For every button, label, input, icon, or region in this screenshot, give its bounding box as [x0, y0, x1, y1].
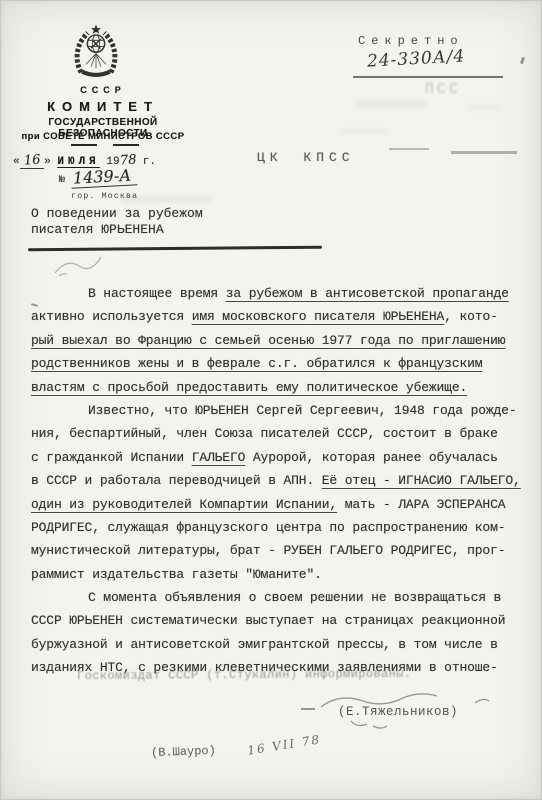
letterhead-org-line3: при СОВЕТЕ МИНИСТРОВ СССР	[7, 131, 199, 142]
body-line: активно используется имя московского пис…	[31, 305, 525, 328]
handwritten-date-note: 16 VII 78	[246, 732, 322, 757]
body-line: один из руководителей Компартии Испании,…	[31, 493, 525, 516]
letterhead-divider-dash	[71, 144, 97, 146]
document-number-line: № 1439-А	[59, 167, 137, 187]
scan-artifact	[389, 148, 429, 150]
scan-artifact	[341, 129, 387, 134]
body-line: РОДРИГЕС, служащая французского центра п…	[31, 516, 525, 539]
scan-artifact	[121, 197, 211, 202]
body-line: властям с просьбой предоставить ему поли…	[31, 376, 525, 399]
letterhead-committee: КОМИТЕТ	[7, 99, 199, 114]
body-line: в СССР и работала переводчицей в АПН. Её…	[31, 469, 525, 492]
body-line: мунистической литературы, брат - РУБЕН Г…	[31, 539, 525, 562]
scanned-document-page: СССР КОМИТЕТ ГОСУДАРСТВЕННОЙ БЕЗОПАСНОСТ…	[0, 0, 542, 800]
scan-artifact	[469, 105, 501, 110]
quote-close: »	[44, 156, 51, 168]
body-line: В настоящее время за рубежом в антисовет…	[31, 282, 525, 305]
secrecy-label: Секретно	[358, 34, 464, 48]
handwritten-day: 16	[23, 154, 40, 167]
scan-artifact	[520, 57, 525, 65]
ussr-emblem-icon	[71, 23, 121, 84]
letterhead-divider-dash	[113, 144, 139, 146]
body-line: С момента объявления о своем решении не …	[31, 586, 525, 609]
paragraph: В настоящее время за рубежом в антисовет…	[31, 282, 525, 399]
quote-open: «	[13, 156, 20, 168]
signature-name-right: (Е.Тяжельников)	[338, 705, 458, 719]
body-line: родственников жены и в феврале с.г. обра…	[31, 352, 525, 375]
subject-block: О поведении за рубежом писателя ЮРЬЕНЕНА	[31, 206, 203, 238]
handwritten-registration-number: 24-330А/4	[367, 46, 466, 71]
body-text: В настоящее время за рубежом в антисовет…	[31, 282, 525, 680]
subject-line2: писателя ЮРЬЕНЕНА	[31, 222, 203, 238]
number-label: №	[59, 175, 65, 186]
ghost-offset-line: Госкомиздат СССР (т.Стукалин) информиров…	[77, 667, 412, 683]
faded-stamp-fragment: ПСС	[425, 81, 461, 98]
body-line: буржуазной и антисоветской эмигрантской …	[31, 633, 525, 656]
body-line: ния, беспартийный, член Союза писателей …	[31, 422, 525, 445]
registration-underline	[353, 76, 503, 78]
body-line: рый выехал во Францию с семьей осенью 19…	[31, 329, 525, 352]
body-line: СССР ЮРЬЕНЕН систематически выступает на…	[31, 609, 525, 632]
handwritten-number: 1439-А	[71, 165, 138, 188]
paragraph: Известно, что ЮРЬЕНЕН Сергей Сергеевич, …	[31, 399, 525, 586]
body-line: с гражданкой Испании ГАЛЬЕГО Ауророй, ко…	[31, 446, 525, 469]
signature-name-left: (В.Шауро)	[151, 744, 216, 760]
paragraph: С момента объявления о своем решении не …	[31, 586, 525, 680]
pencil-squiggle	[49, 251, 141, 284]
addressee: ЦК КПСС	[257, 150, 355, 165]
scan-artifact	[356, 101, 426, 107]
subject-line1: О поведении за рубежом	[31, 206, 203, 222]
scan-artifact	[451, 151, 517, 154]
body-line: раммист издательства газеты "Юманите".	[31, 563, 525, 586]
letterhead-country: СССР	[7, 85, 199, 95]
body-line: Известно, что ЮРЬЕНЕН Сергей Сергеевич, …	[31, 399, 525, 422]
year-word: г.	[143, 156, 156, 168]
